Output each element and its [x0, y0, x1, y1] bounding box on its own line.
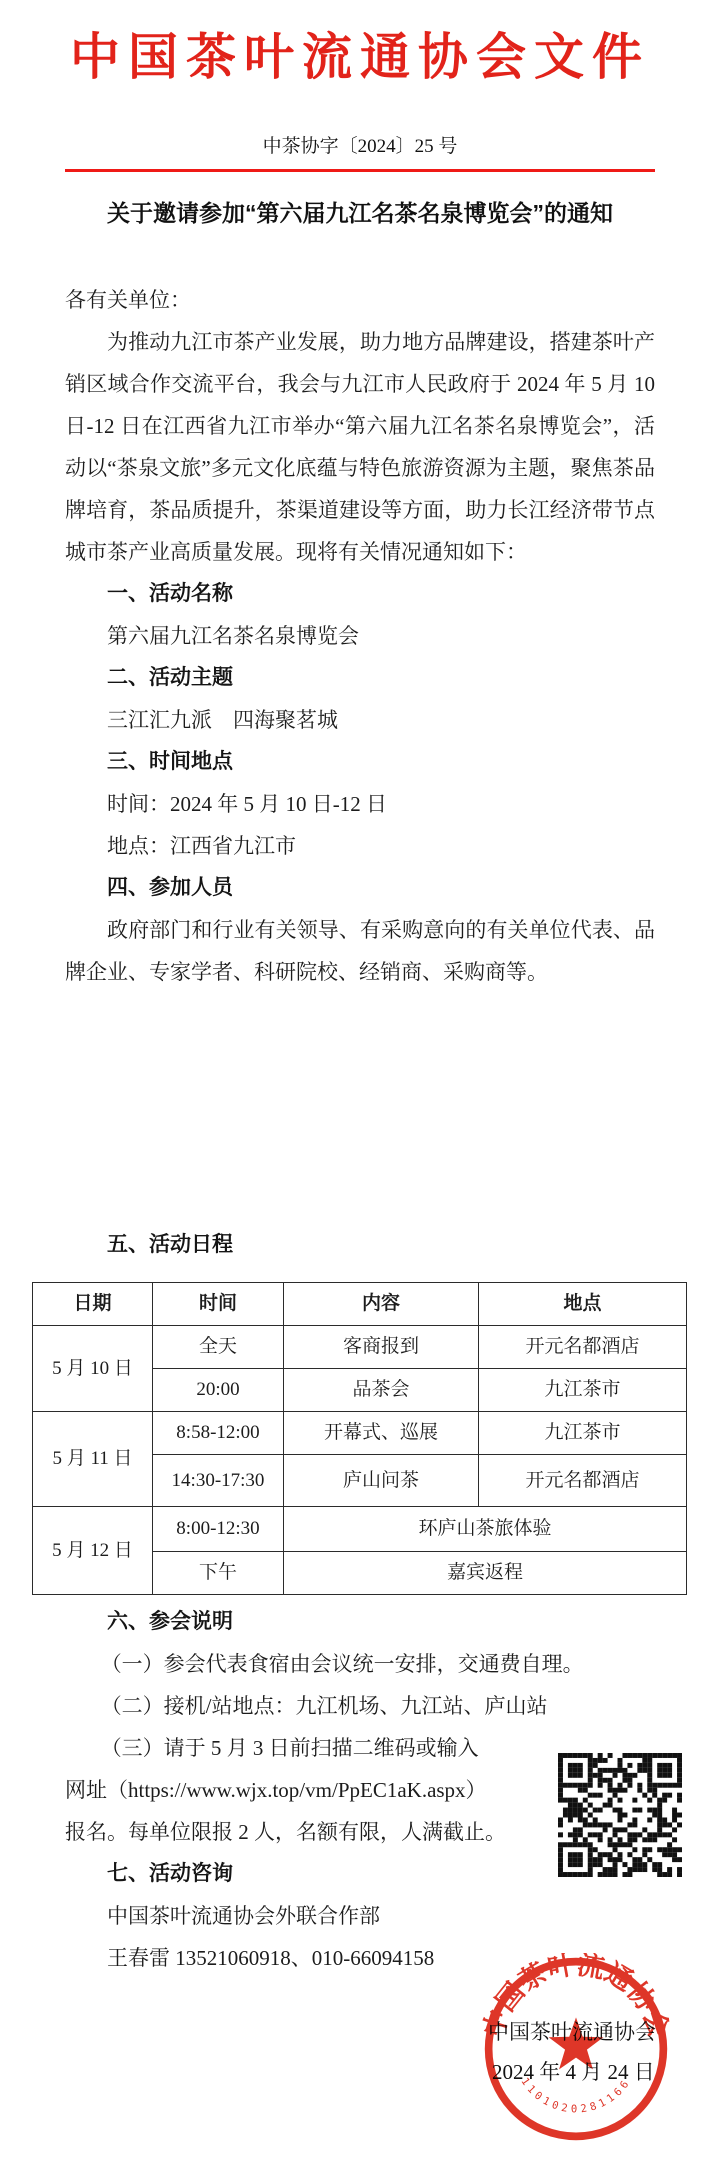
registration-qr-code	[558, 1753, 682, 1877]
cell-content: 开幕式、巡展	[284, 1412, 479, 1455]
col-header-date: 日期	[33, 1283, 153, 1326]
svg-text:1101020281166: 1101020281166	[518, 2076, 633, 2116]
intro-paragraph: 为推动九江市茶产业发展，助力地方品牌建设，搭建茶叶产销区域合作交流平台，我会与九…	[65, 321, 655, 573]
section6-heading: 六、参会说明	[65, 1601, 655, 1643]
table-row: 5 月 10 日 全天 客商报到 开元名都酒店	[33, 1326, 687, 1369]
seal-star	[549, 2017, 604, 2069]
cell-date: 5 月 12 日	[33, 1507, 153, 1595]
cell-time: 下午	[153, 1552, 284, 1595]
section1-content: 第六届九江名茶名泉博览会	[65, 615, 655, 657]
schedule-header-row: 日期 时间 内容 地点	[33, 1283, 687, 1326]
cell-date: 5 月 10 日	[33, 1326, 153, 1412]
cell-time: 全天	[153, 1326, 284, 1369]
cell-content: 客商报到	[284, 1326, 479, 1369]
cell-time: 14:30-17:30	[153, 1455, 284, 1507]
notice-subject: 关于邀请参加“第六届九江名茶名泉博览会”的通知	[65, 198, 655, 228]
section3-place: 地点：江西省九江市	[65, 825, 655, 867]
section3-heading: 三、时间地点	[65, 741, 655, 783]
document-title: 中国茶叶流通协会文件	[65, 28, 655, 86]
seal-code: 1101020281166	[518, 2076, 633, 2116]
cell-content: 品茶会	[284, 1369, 479, 1412]
table-row: 5 月 11 日 8:58-12:00 开幕式、巡展 九江茶市	[33, 1412, 687, 1455]
cell-time: 20:00	[153, 1369, 284, 1412]
section5-heading: 五、活动日程	[65, 1224, 655, 1266]
cell-place: 九江茶市	[479, 1369, 687, 1412]
cell-date: 5 月 11 日	[33, 1412, 153, 1507]
cell-content-merged: 环庐山茶旅体验	[284, 1507, 687, 1552]
section6-item2: （二）接机/站地点：九江机场、九江站、庐山站	[65, 1685, 655, 1727]
section2-heading: 二、活动主题	[65, 657, 655, 699]
cell-place: 开元名都酒店	[479, 1455, 687, 1507]
col-header-time: 时间	[153, 1283, 284, 1326]
section4-heading: 四、参加人员	[65, 867, 655, 909]
contact-department: 中国茶叶流通协会外联合作部	[65, 1895, 655, 1937]
cell-place: 开元名都酒店	[479, 1326, 687, 1369]
section3-time: 时间：2024 年 5 月 10 日-12 日	[65, 783, 655, 825]
cell-place: 九江茶市	[479, 1412, 687, 1455]
col-header-content: 内容	[284, 1283, 479, 1326]
schedule-table: 日期 时间 内容 地点 5 月 10 日 全天 客商报到 开元名都酒店 20:0…	[32, 1282, 687, 1595]
cell-time: 8:58-12:00	[153, 1412, 284, 1455]
document-page: 中国茶叶流通协会文件 中茶协字〔2024〕25 号 关于邀请参加“第六届九江名茶…	[0, 0, 718, 2175]
section2-content: 三江汇九派 四海聚茗城	[65, 699, 655, 741]
section1-heading: 一、活动名称	[65, 573, 655, 615]
table-row: 5 月 12 日 8:00-12:30 环庐山茶旅体验	[33, 1507, 687, 1552]
document-number: 中茶协字〔2024〕25 号	[65, 136, 655, 158]
header-divider-line	[65, 169, 655, 172]
cell-content: 庐山问茶	[284, 1455, 479, 1507]
cell-time: 8:00-12:30	[153, 1507, 284, 1552]
section6-item1: （一）参会代表食宿由会议统一安排，交通费自理。	[65, 1643, 655, 1685]
salutation: 各有关单位：	[65, 279, 655, 321]
col-header-place: 地点	[479, 1283, 687, 1326]
cell-content-merged: 嘉宾返程	[284, 1552, 687, 1595]
section4-content: 政府部门和行业有关领导、有采购意向的有关单位代表、品牌企业、专家学者、科研院校、…	[65, 909, 655, 993]
official-seal: 中国茶叶流通协会 1101020281166	[478, 1953, 674, 2145]
